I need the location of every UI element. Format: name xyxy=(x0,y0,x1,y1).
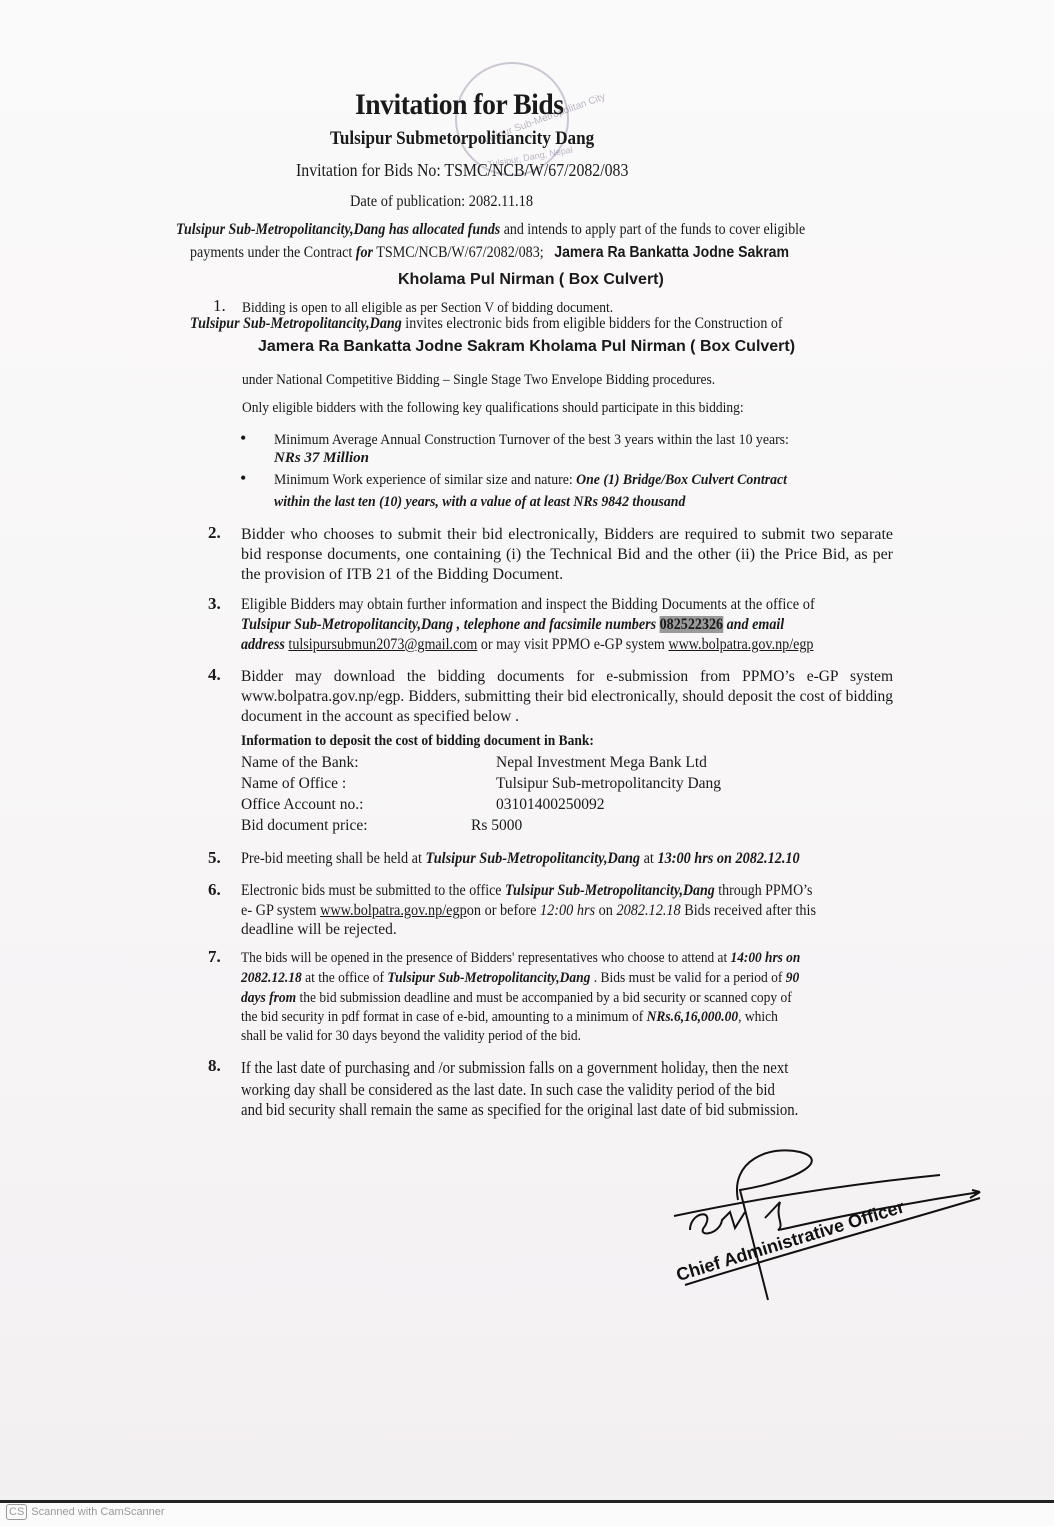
item-5-text: Pre-bid meeting shall be held at Tulsipu… xyxy=(241,850,800,868)
item-7-line-2: 2082.12.18 at the office of Tulsipur Sub… xyxy=(241,970,799,987)
bid-price-label: Bid document price: xyxy=(241,817,368,835)
item-7-line-4: the bid security in pdf format in case o… xyxy=(241,1009,778,1026)
prebid-datetime: 13:00 hrs on 2082.12.10 xyxy=(657,850,799,867)
item-6-line-2: e- GP system www.bolpatra.gov.np/egpon o… xyxy=(241,902,816,920)
project-name: Kholama Pul Nirman ( Box Culvert) xyxy=(398,271,664,289)
organization-name: Tulsipur Submetorpolitiancity Dang xyxy=(330,128,594,150)
project-name: Jamera Ra Bankatta Jodne Sakram xyxy=(554,244,789,261)
procedure-text: under National Competitive Bidding – Sin… xyxy=(242,372,715,389)
item-number: 3. xyxy=(208,594,221,614)
item-number: 8. xyxy=(208,1056,221,1076)
intro-line-1: Tulsipur Sub-Metropolitancity,Dang has a… xyxy=(176,221,805,239)
account-number-value: 03101400250092 xyxy=(496,796,605,814)
account-number-label: Office Account no.: xyxy=(241,796,363,814)
item-4-text: Bidder may download the bidding document… xyxy=(241,667,893,727)
item-3-line-2: Tulsipur Sub-Metropolitancity,Dang , tel… xyxy=(241,616,784,634)
project-name: Jamera Ra Bankatta Jodne Sakram Kholama … xyxy=(258,338,795,356)
egp-link[interactable]: www.bolpatra.gov.np/egp xyxy=(320,902,467,919)
item-3-line-1: Eligible Bidders may obtain further info… xyxy=(241,596,815,614)
email-link[interactable]: tulsipursubmun2073@gmail.com xyxy=(288,636,477,653)
item-number: 7. xyxy=(208,947,221,967)
ifb-number: Invitation for Bids No: TSMC/NCB/W/67/20… xyxy=(296,160,628,181)
item-6-line-3: deadline will be rejected. xyxy=(241,921,397,939)
publication-date: Date of publication: 2082.11.18 xyxy=(350,193,533,211)
camscanner-logo-icon: CS xyxy=(6,1504,27,1520)
watermark-text: Scanned with CamScanner xyxy=(31,1506,164,1518)
item-8-line-1: If the last date of purchasing and /or s… xyxy=(241,1058,788,1078)
bank-name-label: Name of the Bank: xyxy=(241,754,359,772)
bid-security-amount: NRs.6,16,000.00 xyxy=(647,1009,739,1025)
bid-price-value: Rs 5000 xyxy=(471,817,522,835)
qualification-experience: Minimum Work experience of similar size … xyxy=(274,472,787,489)
bullet-icon: • xyxy=(240,468,246,489)
item-6-line-1: Electronic bids must be submitted to the… xyxy=(241,882,812,900)
qualification-turnover: Minimum Average Annual Construction Turn… xyxy=(274,432,789,449)
item-8-line-3: and bid security shall remain the same a… xyxy=(241,1100,798,1120)
item-number: 1. xyxy=(213,296,226,316)
item-number: 2. xyxy=(208,523,221,543)
item-7-line-3: days from the bid submission deadline an… xyxy=(241,990,792,1007)
scanned-page: Tulsipur Sub-Metropolitan City Tulsipur,… xyxy=(0,0,1054,1503)
office-name-label: Name of Office : xyxy=(241,775,346,793)
office-name-value: Tulsipur Sub-metropolitancity Dang xyxy=(496,775,721,793)
item-7-line-1: The bids will be opened in the presence … xyxy=(241,950,800,967)
item-number: 4. xyxy=(208,665,221,685)
item-1-line-2: Tulsipur Sub-Metropolitancity,Dang invit… xyxy=(190,315,783,333)
qualification-experience-value: within the last ten (10) years, with a v… xyxy=(274,494,685,511)
item-2-text: Bidder who chooses to submit their bid e… xyxy=(241,525,893,585)
egp-link[interactable]: www.bolpatra.gov.np/egp xyxy=(668,636,813,653)
item-7-line-5: shall be valid for 30 days beyond the va… xyxy=(241,1028,581,1045)
item-number: 6. xyxy=(208,880,221,900)
page-title: Invitation for Bids xyxy=(355,88,564,122)
scanner-watermark: CS Scanned with CamScanner xyxy=(6,1504,165,1520)
item-8-line-2: working day shall be considered as the l… xyxy=(241,1080,775,1100)
item-3-line-3: address tulsipursubmun2073@gmail.com or … xyxy=(241,636,813,654)
bank-name-value: Nepal Investment Mega Bank Ltd xyxy=(496,754,707,772)
bullet-icon: • xyxy=(240,428,246,449)
item-number: 5. xyxy=(208,848,221,868)
bank-info-heading: Information to deposit the cost of biddi… xyxy=(241,733,594,750)
qualification-intro: Only eligible bidders with the following… xyxy=(242,400,744,417)
phone-number: 082522326 xyxy=(660,616,723,633)
intro-line-2: payments under the Contract for TSMC/NCB… xyxy=(190,244,789,262)
qualification-turnover-value: NRs 37 Million xyxy=(274,450,369,467)
